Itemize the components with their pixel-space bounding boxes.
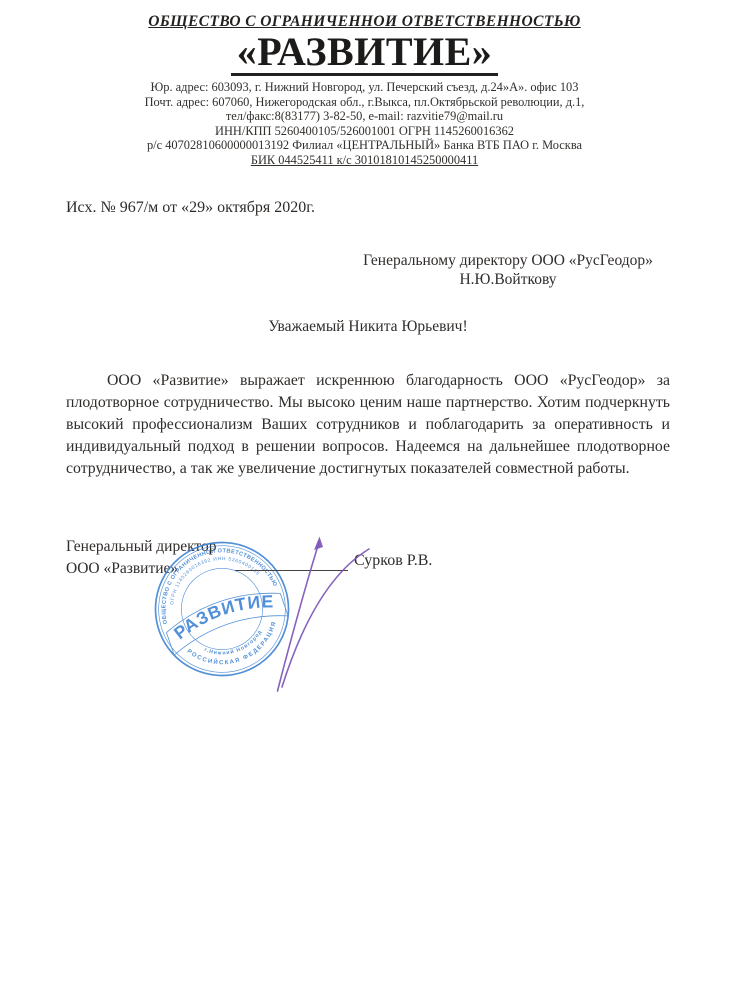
letterhead-detail-line: Почт. адрес: 607060, Нижегородская обл.,… xyxy=(0,95,729,110)
letterhead-detail-line: ИНН/КПП 5260400105/526001001 ОГРН 114526… xyxy=(0,124,729,139)
letterhead: ОБЩЕСТВО С ОГРАНИЧЕННОИ ОТВЕТСТВЕННОСТЬЮ… xyxy=(0,0,729,168)
letterhead-detail-line: БИК 044525411 к/с 30101810145250000411 xyxy=(0,153,729,168)
letterhead-detail-line: р/с 40702810600000013192 Филиал «ЦЕНТРАЛ… xyxy=(0,138,729,153)
signature-arrow-tip xyxy=(314,537,323,551)
scanned-letter-page: ОБЩЕСТВО С ОГРАНИЧЕННОИ ОТВЕТСТВЕННОСТЬЮ… xyxy=(0,0,729,1000)
signature-line xyxy=(235,570,348,571)
letterhead-details: Юр. адрес: 603093, г. Нижний Новгород, у… xyxy=(0,80,729,168)
addressee-line: Н.Ю.Войткову xyxy=(358,271,658,290)
letterhead-detail-line: тел/факс:8(83177) 3-82-50, e-mail: razvi… xyxy=(0,109,729,124)
salutation: Уважаемый Никита Юрьевич! xyxy=(66,318,670,336)
letter-body: ООО «Развитие» выражает искреннюю благод… xyxy=(66,370,670,480)
addressee-block: Генеральному директору ООО «РусГеодор» Н… xyxy=(358,252,658,289)
addressee-line: Генеральному директору ООО «РусГеодор» xyxy=(358,252,658,271)
outgoing-reference: Исх. № 967/м от «29» октября 2020г. xyxy=(66,199,315,217)
org-name-heading: «РАЗВИТИЕ» xyxy=(231,32,499,76)
signer-name: Сурков Р.В. xyxy=(354,552,432,570)
letterhead-detail-line: Юр. адрес: 603093, г. Нижний Новгород, у… xyxy=(0,80,729,95)
